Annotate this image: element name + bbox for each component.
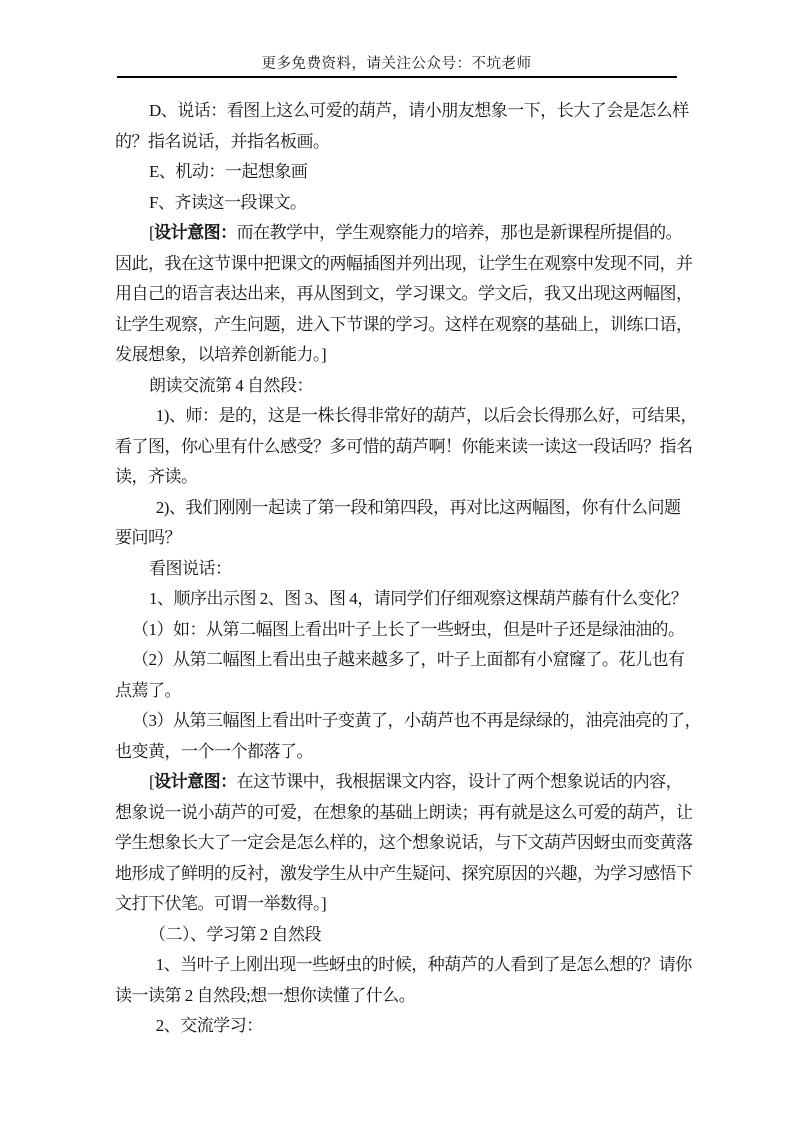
- header-divider: [117, 76, 677, 78]
- line-text: 让学生观察，产生问题，进入下节课的学习。这样在观察的基础上，训练口语，: [115, 315, 693, 334]
- line-text: （3）从第三幅图上看出叶子变黄了，小葫芦也不再是绿绿的，油亮油亮的了，: [132, 711, 701, 730]
- line-text: 读，齐读。: [115, 467, 198, 486]
- line-text: 也变黄，一个一个都落了。: [115, 742, 313, 761]
- line-text: 而在教学中，学生观察能力的培养，那也是新课程所提倡的。: [237, 223, 683, 242]
- text-line: [设计意图：而在教学中，学生观察能力的培养，那也是新课程所提倡的。: [115, 218, 755, 249]
- text-line: 1、当叶子上刚出现一些蚜虫的时候，种葫芦的人看到了是怎么想的？请你: [115, 950, 755, 981]
- line-text: （1）如：从第二幅图上看出叶子上长了一些蚜虫，但是叶子还是绿油油的。: [132, 620, 685, 639]
- line-text: 在这节课中，我根据课文内容，设计了两个想象说话的内容，: [237, 772, 683, 791]
- text-line: 也变黄，一个一个都落了。: [115, 737, 755, 768]
- text-line: 发展想象，以培养创新能力。]: [115, 340, 755, 371]
- text-line: 看图说话：: [115, 554, 755, 585]
- text-line: 1、顺序出示图 2、图 3、图 4，请同学们仔细观察这棵葫芦藤有什么变化？: [115, 584, 755, 615]
- line-text: （二）、学习第 2 自然段: [149, 925, 321, 944]
- line-text: D、说话：看图上这么可爱的葫芦，请小朋友想象一下，长大了会是怎么样: [149, 101, 689, 120]
- text-line: [设计意图：在这节课中，我根据课文内容，设计了两个想象说话的内容，: [115, 767, 755, 798]
- design-intent-bold-label: 设计意图：: [154, 772, 237, 791]
- text-line: D、说话：看图上这么可爱的葫芦，请小朋友想象一下，长大了会是怎么样: [115, 96, 755, 127]
- line-text: 地形成了鲜明的反衬，激发学生从中产生疑问、探究原因的兴趣，为学习感悟下: [115, 864, 693, 883]
- line-text: 1、当叶子上刚出现一些蚜虫的时候，种葫芦的人看到了是怎么想的？请你: [156, 955, 692, 974]
- line-text: （2）从第二幅图上看出虫子越来越多了，叶子上面都有小窟窿了。花儿也有: [132, 650, 685, 669]
- text-line: 读一读第 2 自然段;想一想你读懂了什么。: [115, 981, 755, 1012]
- text-line: 因此，我在这节课中把课文的两幅插图并列出现，让学生在观察中发现不同，并: [115, 249, 755, 280]
- text-line: （2）从第二幅图上看出虫子越来越多了，叶子上面都有小窟窿了。花儿也有: [115, 645, 755, 676]
- line-text: 2)、我们刚刚一起读了第一段和第四段，再对比这两幅图，你有什么问题: [156, 498, 681, 517]
- text-line: 让学生观察，产生问题，进入下节课的学习。这样在观察的基础上，训练口语，: [115, 310, 755, 341]
- line-text: 1)、师：是的，这是一株长得非常好的葫芦，以后会长得那么好，可结果，: [156, 406, 697, 425]
- text-line: 读，齐读。: [115, 462, 755, 493]
- text-line: 学生想象长大了一定会是怎么样的，这个想象说话，与下文葫芦因蚜虫而变黄落: [115, 828, 755, 859]
- line-text: 2、交流学习：: [156, 1016, 263, 1035]
- document-page: 更多免费资料，请关注公众号：不坑老师 D、说话：看图上这么可爱的葫芦，请小朋友想…: [0, 0, 793, 1122]
- text-line: 地形成了鲜明的反衬，激发学生从中产生疑问、探究原因的兴趣，为学习感悟下: [115, 859, 755, 890]
- text-line: （3）从第三幅图上看出叶子变黄了，小葫芦也不再是绿绿的，油亮油亮的了，: [115, 706, 755, 737]
- text-line: 1)、师：是的，这是一株长得非常好的葫芦，以后会长得那么好，可结果，: [115, 401, 755, 432]
- header-promo-text: 更多免费资料，请关注公众号：不坑老师: [0, 52, 793, 73]
- text-line: 要问吗？: [115, 523, 755, 554]
- text-line: 看了图，你心里有什么感受？多可惜的葫芦啊！你能来读一读这一段话吗？指名: [115, 432, 755, 463]
- line-text: 想象说一说小葫芦的可爱，在想象的基础上朗读；再有就是这么可爱的葫芦，让: [115, 803, 693, 822]
- text-line: 2)、我们刚刚一起读了第一段和第四段，再对比这两幅图，你有什么问题: [115, 493, 755, 524]
- line-text: 1、顺序出示图 2、图 3、图 4，请同学们仔细观察这棵葫芦藤有什么变化？: [149, 589, 687, 608]
- line-text: 读一读第 2 自然段;想一想你读懂了什么。: [115, 986, 415, 1005]
- text-line: （二）、学习第 2 自然段: [115, 920, 755, 951]
- line-text: 看图说话：: [149, 559, 232, 578]
- text-line: 的？指名说话，并指名板画。: [115, 127, 755, 158]
- text-line: 想象说一说小葫芦的可爱，在想象的基础上朗读；再有就是这么可爱的葫芦，让: [115, 798, 755, 829]
- line-text: 学生想象长大了一定会是怎么样的，这个想象说话，与下文葫芦因蚜虫而变黄落: [115, 833, 693, 852]
- line-text: 点蔫了。: [115, 681, 181, 700]
- line-text: 的？指名说话，并指名板画。: [115, 132, 330, 151]
- text-line: 朗读交流第 4 自然段：: [115, 371, 755, 402]
- line-text: 朗读交流第 4 自然段：: [149, 376, 313, 395]
- design-intent-bold-label: 设计意图：: [154, 223, 237, 242]
- line-text: F、齐读这一段课文。: [149, 193, 306, 212]
- text-line: （1）如：从第二幅图上看出叶子上长了一些蚜虫，但是叶子还是绿油油的。: [115, 615, 755, 646]
- line-text: 文打下伏笔。可谓一举数得。]: [115, 894, 326, 913]
- line-text: 用自己的语言表达出来，再从图到文，学习课文。学文后，我又出现这两幅图，: [115, 284, 693, 303]
- line-text: 发展想象，以培养创新能力。]: [115, 345, 326, 364]
- text-line: 文打下伏笔。可谓一举数得。]: [115, 889, 755, 920]
- line-text: 看了图，你心里有什么感受？多可惜的葫芦啊！你能来读一读这一段话吗？指名: [115, 437, 693, 456]
- text-line: F、齐读这一段课文。: [115, 188, 755, 219]
- line-text: 因此，我在这节课中把课文的两幅插图并列出现，让学生在观察中发现不同，并: [115, 254, 693, 273]
- text-line: 用自己的语言表达出来，再从图到文，学习课文。学文后，我又出现这两幅图，: [115, 279, 755, 310]
- text-line: 2、交流学习：: [115, 1011, 755, 1042]
- text-line: 点蔫了。: [115, 676, 755, 707]
- document-body: D、说话：看图上这么可爱的葫芦，请小朋友想象一下，长大了会是怎么样的？指名说话，…: [115, 96, 755, 1042]
- line-text: E、机动：一起想象画: [149, 162, 307, 181]
- line-text: 要问吗？: [115, 528, 181, 547]
- text-line: E、机动：一起想象画: [115, 157, 755, 188]
